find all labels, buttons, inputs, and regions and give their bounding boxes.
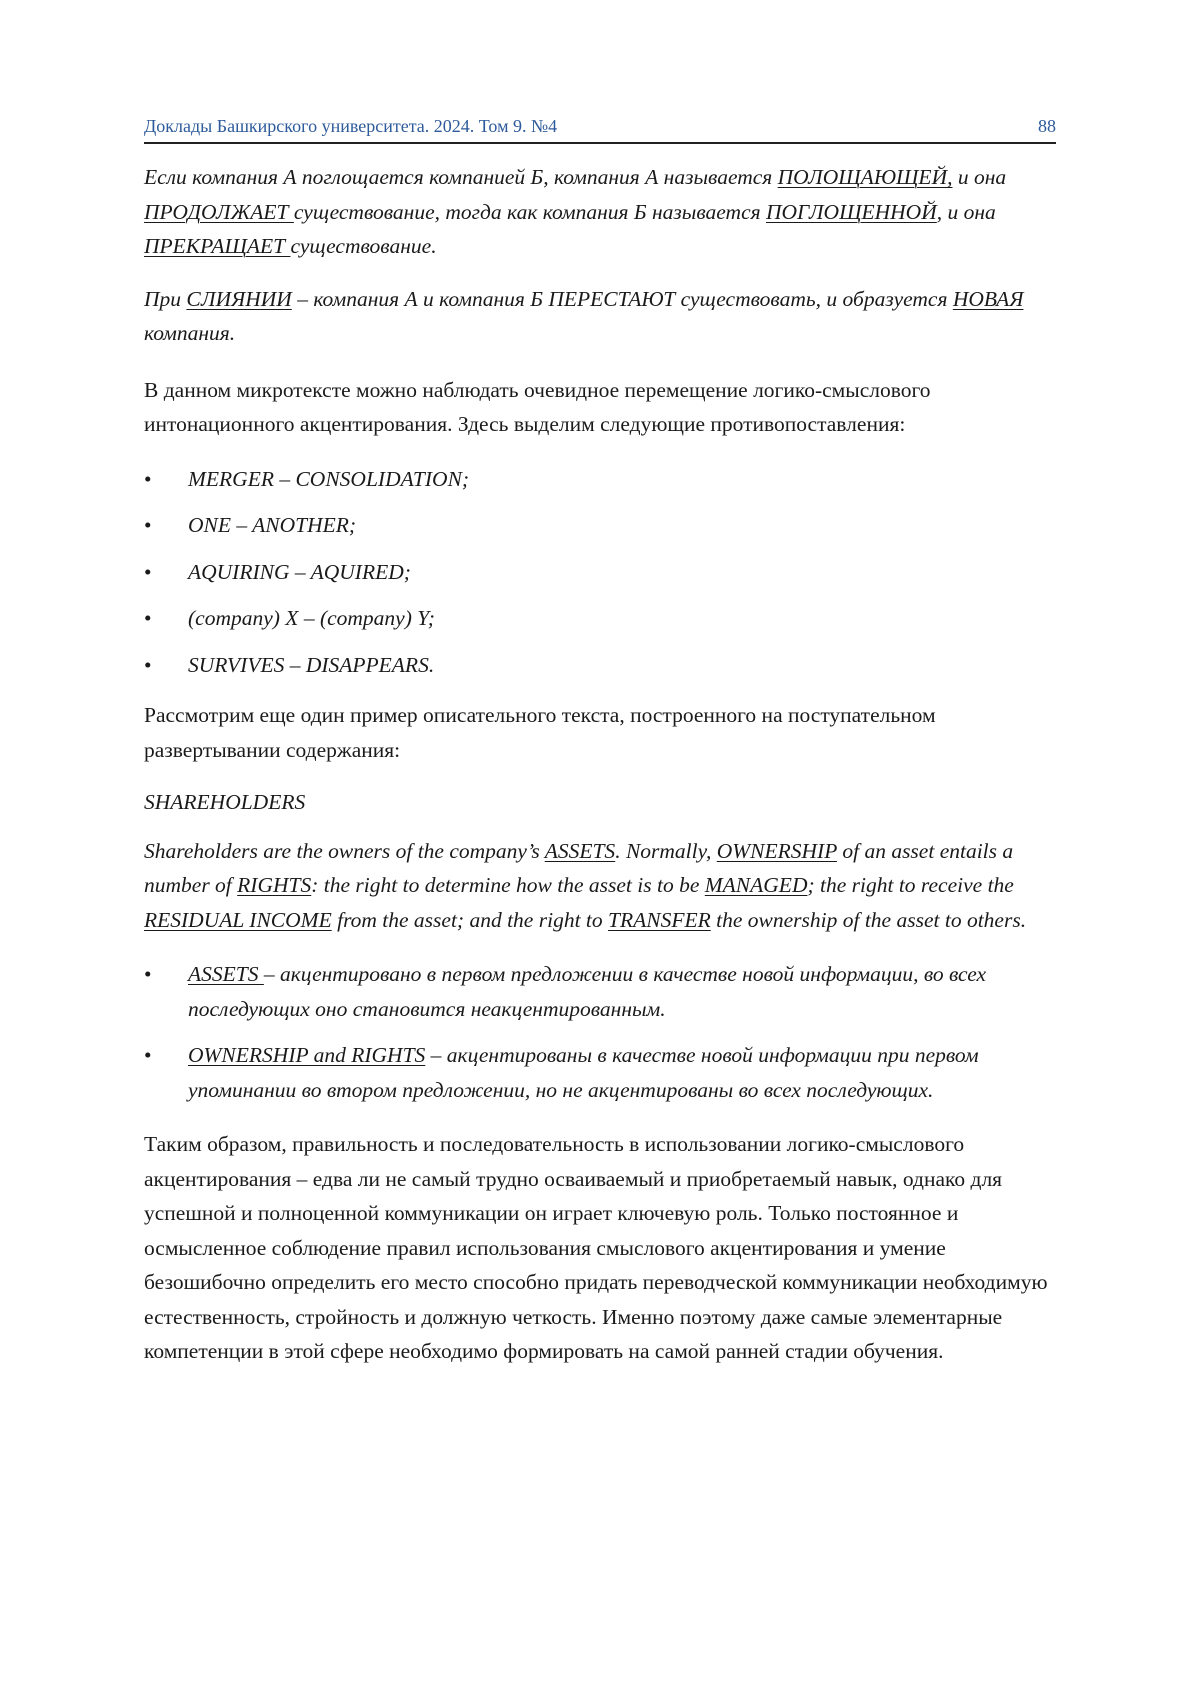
bullet-icon: • xyxy=(144,508,152,543)
text: from the asset; and the right to xyxy=(332,908,608,932)
list-item: •(company) X – (company) Y; xyxy=(144,601,1056,636)
accented-word: OWNERSHIP xyxy=(717,839,837,863)
bullet-icon: • xyxy=(144,957,152,992)
accented-term: ASSETS xyxy=(188,962,264,986)
bullet-icon: • xyxy=(144,601,152,636)
text: и она xyxy=(952,165,1006,189)
example-paragraph-shareholders: Shareholders are the owners of the compa… xyxy=(144,834,1056,938)
example-paragraph-merger: При СЛИЯНИИ – компания А и компания Б ПЕ… xyxy=(144,282,1056,351)
paragraph-descriptive-intro: Рассмотрим еще один пример описательного… xyxy=(144,698,1056,767)
accented-word: СЛИЯНИИ xyxy=(186,287,291,311)
oppositions-list: •MERGER – CONSOLIDATION; •ONE – ANOTHER;… xyxy=(144,462,1056,683)
list-item-text: MERGER – CONSOLIDATION; xyxy=(188,467,469,491)
text: компания. xyxy=(144,321,235,345)
bullet-icon: • xyxy=(144,555,152,590)
text: : the right to determine how the asset i… xyxy=(311,873,705,897)
text: , и она xyxy=(937,200,996,224)
list-item-text: ONE – ANOTHER; xyxy=(188,513,356,537)
list-item: •AQUIRING – AQUIRED; xyxy=(144,555,1056,590)
list-item-text: SURVIVES – DISAPPEARS. xyxy=(188,653,434,677)
text: . Normally, xyxy=(615,839,717,863)
list-item: •MERGER – CONSOLIDATION; xyxy=(144,462,1056,497)
accented-word: ПРЕКРАЩАЕТ xyxy=(144,234,290,258)
accented-word: RIGHTS xyxy=(237,873,311,897)
body-text: Если компания А поглощается компанией Б,… xyxy=(144,160,1056,1387)
accented-word: ПРОДОЛЖАЕТ xyxy=(144,200,294,224)
text: существование. xyxy=(290,234,436,258)
accented-word: TRANSFER xyxy=(608,908,711,932)
text: the ownership of the asset to others. xyxy=(711,908,1026,932)
running-header: Доклады Башкирского университета. 2024. … xyxy=(144,116,1056,144)
list-item: •ONE – ANOTHER; xyxy=(144,508,1056,543)
example-paragraph-absorption: Если компания А поглощается компанией Б,… xyxy=(144,160,1056,264)
accented-word: RESIDUAL INCOME xyxy=(144,908,332,932)
list-item: •SURVIVES – DISAPPEARS. xyxy=(144,648,1056,683)
paragraph-conclusion: Таким образом, правильность и последоват… xyxy=(144,1127,1056,1369)
journal-title: Доклады Башкирского университета. 2024. … xyxy=(144,116,557,137)
accented-word: ПОГЛОЩЕННОЙ xyxy=(766,200,937,224)
list-item-text: – акцентировано в первом предложении в к… xyxy=(188,962,986,1021)
accented-word: MANAGED xyxy=(705,873,808,897)
bullet-icon: • xyxy=(144,462,152,497)
list-item: •OWNERSHIP and RIGHTS – акцентированы в … xyxy=(144,1038,1056,1107)
analysis-list: •ASSETS – акцентировано в первом предлож… xyxy=(144,957,1056,1107)
text: Shareholders are the owners of the compa… xyxy=(144,839,545,863)
accented-word: НОВАЯ xyxy=(953,287,1024,311)
text: – компания А и компания Б ПЕРЕСТАЮТ суще… xyxy=(292,287,953,311)
text: При xyxy=(144,287,186,311)
list-item-text: AQUIRING – AQUIRED; xyxy=(188,560,411,584)
accented-word: ПОЛОЩАЮЩЕЙ, xyxy=(778,165,953,189)
text: ; the right to receive the xyxy=(807,873,1013,897)
page-number: 88 xyxy=(1038,116,1056,137)
bullet-icon: • xyxy=(144,1038,152,1073)
example-title: SHAREHOLDERS xyxy=(144,785,1056,820)
paragraph-microtext: В данном микротексте можно наблюдать оче… xyxy=(144,373,1056,442)
text: Если компания А поглощается компанией Б,… xyxy=(144,165,778,189)
accented-word: ASSETS xyxy=(545,839,615,863)
accented-term: OWNERSHIP and RIGHTS xyxy=(188,1043,425,1067)
list-item: •ASSETS – акцентировано в первом предлож… xyxy=(144,957,1056,1026)
text: существование, тогда как компания Б назы… xyxy=(294,200,766,224)
bullet-icon: • xyxy=(144,648,152,683)
list-item-text: (company) X – (company) Y; xyxy=(188,606,435,630)
